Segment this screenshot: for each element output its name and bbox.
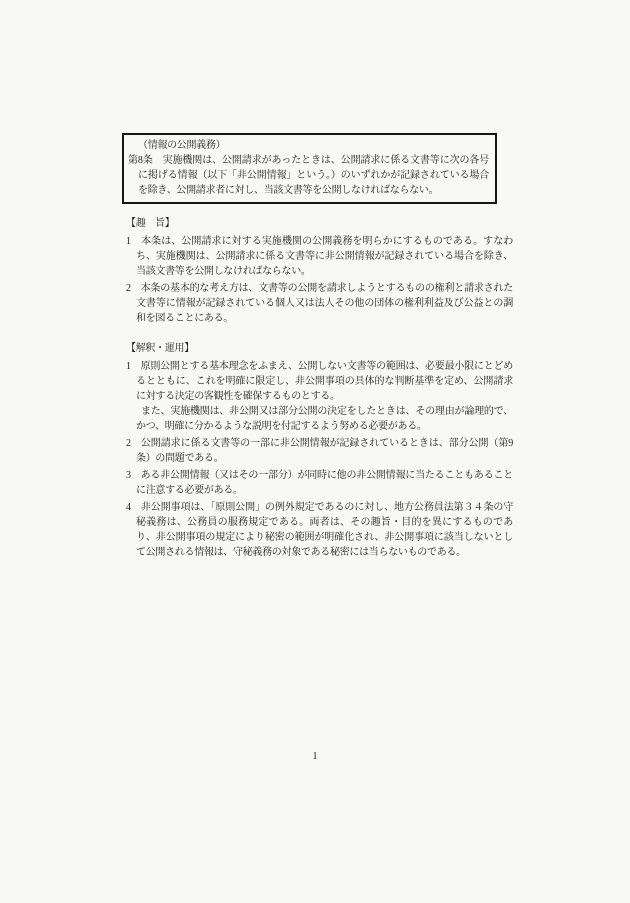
page-number: 1 bbox=[0, 749, 630, 764]
section-heading: 【解釈・運用】 bbox=[126, 341, 513, 356]
item-lead-paragraph: 2 公開請求に係る文書等の一部に非公開情報が記録されているときは、部分公開（第9… bbox=[126, 436, 513, 466]
commentary-section: 【趣 旨】1 本条は、公開請求に対する実施機関の公開義務を明らかにするものである… bbox=[126, 216, 513, 326]
item-lead-paragraph: 4 非公開事項は、「原則公開」の例外規定であるのに対し、地方公務員法第３４条の守… bbox=[126, 500, 513, 560]
numbered-item: 1 本条は、公開請求に対する実施機関の公開義務を明らかにするものである。すなわち… bbox=[126, 234, 513, 279]
commentary-section: 【解釈・運用】1 原則公開とする基本理念をふまえ、公開しない文書等の範囲は、必要… bbox=[126, 341, 513, 560]
provision-box-heading: （情報の公開義務） bbox=[128, 138, 489, 153]
numbered-item: 4 非公開事項は、「原則公開」の例外規定であるのに対し、地方公務員法第３４条の守… bbox=[126, 500, 513, 560]
document-content: （情報の公開義務） 第8条 実施機関は、公開請求があったときは、公開請求に係る文… bbox=[126, 133, 513, 562]
provision-box: （情報の公開義務） 第8条 実施機関は、公開請求があったときは、公開請求に係る文… bbox=[122, 133, 497, 204]
numbered-item: 2 公開請求に係る文書等の一部に非公開情報が記録されているときは、部分公開（第9… bbox=[126, 436, 513, 466]
item-lead-paragraph: 2 本条の基本的な考え方は、文書等の公開を請求しようとするものの権利と請求された… bbox=[126, 281, 513, 326]
numbered-item: 2 本条の基本的な考え方は、文書等の公開を請求しようとするものの権利と請求された… bbox=[126, 281, 513, 326]
scanned-document-page: （情報の公開義務） 第8条 実施機関は、公開請求があったときは、公開請求に係る文… bbox=[0, 0, 630, 903]
numbered-item: 1 原則公開とする基本理念をふまえ、公開しない文書等の範囲は、必要最小限にとどめ… bbox=[126, 359, 513, 434]
sections-container: 【趣 旨】1 本条は、公開請求に対する実施機関の公開義務を明らかにするものである… bbox=[126, 216, 513, 560]
section-heading: 【趣 旨】 bbox=[126, 216, 513, 231]
numbered-item: 3 ある非公開情報（又はその一部分）が同時に他の非公開情報に当たることもあること… bbox=[126, 468, 513, 498]
item-continuation-paragraph: また、実施機関は、非公開又は部分公開の決定をしたときは、その理由が論理的で、かつ… bbox=[126, 404, 513, 434]
provision-box-body: 第8条 実施機関は、公開請求があったときは、公開請求に係る文書等に次の各号に掲げ… bbox=[128, 153, 489, 198]
item-lead-paragraph: 1 原則公開とする基本理念をふまえ、公開しない文書等の範囲は、必要最小限にとどめ… bbox=[126, 359, 513, 404]
item-lead-paragraph: 1 本条は、公開請求に対する実施機関の公開義務を明らかにするものである。すなわち… bbox=[126, 234, 513, 279]
item-lead-paragraph: 3 ある非公開情報（又はその一部分）が同時に他の非公開情報に当たることもあること… bbox=[126, 468, 513, 498]
